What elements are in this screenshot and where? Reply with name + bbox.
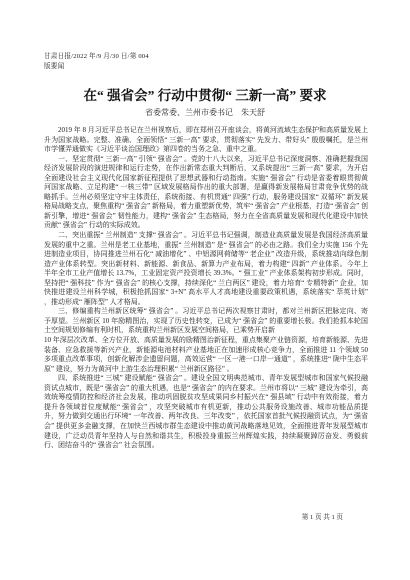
page-number-footer: 第 1 页 共 1 页 [0, 511, 343, 521]
masthead: 甘肃日报/2022 年/9 月/30 日/第 004 版要闻 [44, 52, 149, 71]
body-paragraph-continuation: 10 年深层次改革、全方位开放、高质量发展的励精图治新征程，重点集聚产业链资源，… [44, 336, 368, 374]
masthead-section-line: 版要闻 [44, 62, 149, 72]
masthead-source-line: 甘肃日报/2022 年/9 月/30 日/第 004 [44, 52, 149, 62]
article-body: 2019 年 8 月习近平总书记在兰州视察后，即在郑州召开座谈会，将黄河流域生态… [44, 126, 368, 451]
article-byline: 省委常委、兰州市委书记 朱天舒 [0, 107, 410, 118]
body-paragraph: 二、突出重振“ 兰州制造” 支撑“ 强省会” 。习近平总书记强调，制造业高质量发… [44, 231, 368, 307]
document-page: 甘肃日报/2022 年/9 月/30 日/第 004 版要闻 在“ 强省会” 行… [0, 0, 410, 580]
body-paragraph: 一、坚定贯彻“ 三新一高” 引领“ 强省会” 。党的十八大以来，习近平总书记深度… [44, 155, 368, 231]
article-title: 在“ 强省会” 行动中贯彻“ 三新一高” 要求 [0, 84, 410, 104]
body-paragraph: 三、修编重构兰州新区统筹“ 强省会” 。习近平总书记两次视察甘肃时，都对兰州新区… [44, 307, 368, 336]
body-paragraph: 2019 年 8 月习近平总书记在兰州视察后，即在郑州召开座谈会，将黄河流域生态… [44, 126, 368, 155]
body-paragraph: 四、系统推进“ 三城” 建设赋能“ 强省会” 。建设全国文明典范城市、青年发展型… [44, 374, 368, 450]
